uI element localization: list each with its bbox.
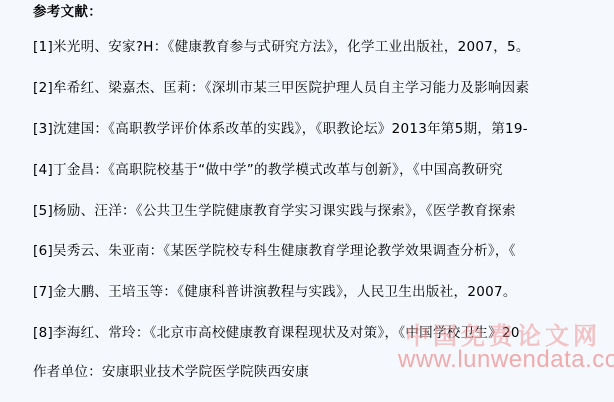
reference-item-4: [4]丁金昌：《高职院校基于“做中学”的教学模式改革与创新》，《中国高教研究 bbox=[33, 162, 503, 178]
reference-item-2: [2]牟希红、梁嘉杰、匡莉：《深圳市某三甲医院护理人员自主学习能力及影响因素 bbox=[33, 80, 529, 96]
reference-item-7: [7]金大鹏、王培玉等：《健康科普讲演教程与实践》，人民卫生出版社，2007。 bbox=[33, 284, 517, 300]
reference-item-8: [8]李海红、常玲：《北京市高校健康教育课程现状及对策》，《中国学校卫生》20 bbox=[33, 325, 520, 341]
reference-item-3: [3]沈建国：《高职教学评价体系改革的实践》，《职教论坛》2013年第5期，第1… bbox=[33, 121, 528, 137]
reference-item-5: [5]杨励、汪洋：《公共卫生学院健康教育学实习课实践与探索》，《医学教育探索 bbox=[33, 203, 516, 219]
watermark-url: www.lunwendata.com bbox=[398, 346, 614, 374]
author-unit: 作者单位：安康职业技术学院医学院陕西安康 bbox=[33, 364, 309, 380]
reference-item-6: [6]吴秀云、朱亚南：《某医学院校专科生健康教育学理论教学效果调查分析》，《 bbox=[33, 243, 516, 259]
references-heading: 参考文献： bbox=[33, 4, 102, 20]
reference-item-1: [1]米光明、安家?H：《健康教育参与式研究方法》，化学工业出版社，2007，5… bbox=[33, 39, 530, 55]
